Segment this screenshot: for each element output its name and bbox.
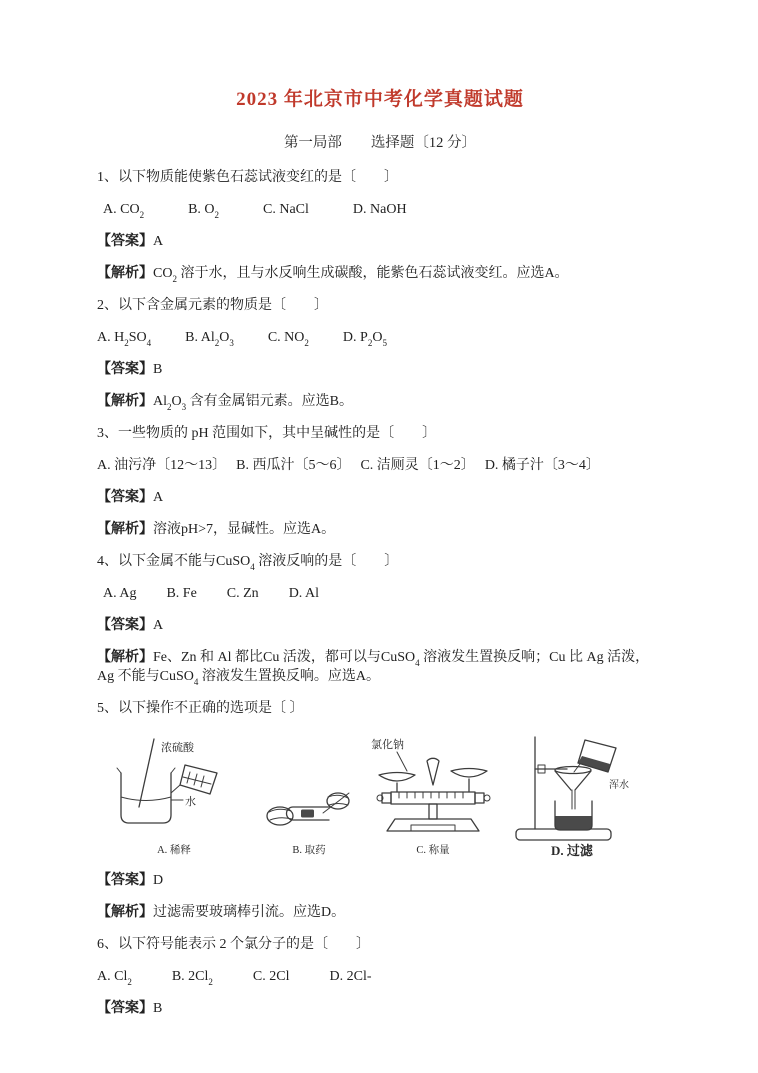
question-stem: 1、以下物质能使紫色石蕊试液变红的是〔 〕 xyxy=(97,168,663,187)
answer-line: 【答案】A xyxy=(97,232,663,251)
option-d: D. 橘子汁〔3～4〕 xyxy=(485,456,600,475)
collecting-beaker-icon xyxy=(555,801,592,830)
option-c: C. 洁厕灵〔1～2〕 xyxy=(360,456,474,475)
right-hand-icon xyxy=(323,793,349,813)
analysis-tag: 【解析】 xyxy=(97,394,153,409)
figure-caption-b: B. 取药 xyxy=(292,844,325,857)
page-title: 2023 年北京市中考化学真题试题 xyxy=(97,84,663,111)
option-b: B. Al2O3 xyxy=(185,328,234,347)
option-d: D. 2Cl- xyxy=(330,967,372,986)
question-2: 2、以下含金属元素的物质是〔 〕 A. H2SO4 B. Al2O3 C. NO… xyxy=(97,296,663,411)
funnel-icon xyxy=(555,767,591,810)
answer-tag: 【答案】 xyxy=(97,362,153,377)
answer-value: D xyxy=(153,873,163,888)
answer-line: 【答案】A xyxy=(97,616,663,635)
option-a: A. Cl2 xyxy=(97,967,132,986)
option-b: B. 西瓜汁〔5～6〕 xyxy=(236,456,350,475)
option-b: B. Fe xyxy=(166,584,196,603)
figure-caption-d: D. 过滤 xyxy=(551,844,593,857)
analysis-text: 溶液pH>7，显碱性。应选A。 xyxy=(153,522,335,537)
question-stem: 6、以下符号能表示 2 个氯分子的是〔 〕 xyxy=(97,935,663,954)
option-a: A. Ag xyxy=(103,584,136,603)
answer-value: A xyxy=(153,618,163,633)
option-b: B. O2 xyxy=(188,200,219,219)
analysis-text: Al2O3 含有金属铝元素。应选B。 xyxy=(153,394,353,409)
analysis-line: 【解析】CO2 溶于水，且与水反响生成碳酸，能紫色石蕊试液变红。应选A。 xyxy=(97,264,663,283)
question-options: A. Ag B. Fe C. Zn D. Al xyxy=(97,584,663,603)
analysis-line: 【解析】过滤需要玻璃棒引流。应选D。 xyxy=(97,903,663,922)
pouring-bottle-icon xyxy=(171,765,217,794)
question-4: 4、以下金属不能与CuSO4 溶液反响的是〔 〕 A. Ag B. Fe C. … xyxy=(97,552,663,686)
figure-panel-taking-reagent: B. 取药 xyxy=(263,735,355,857)
question-1: 1、以下物质能使紫色石蕊试液变红的是〔 〕 A. CO2 B. O2 C. Na… xyxy=(97,168,663,283)
option-c: C. Zn xyxy=(227,584,259,603)
water-label: 水 xyxy=(185,794,196,808)
question-6: 6、以下符号能表示 2 个氯分子的是〔 〕 A. Cl2 B. 2Cl2 C. … xyxy=(97,935,663,1018)
left-hand-icon xyxy=(267,807,293,825)
answer-tag: 【答案】 xyxy=(97,618,153,633)
option-d: D. NaOH xyxy=(353,200,407,219)
filtration-figure: 浑水 xyxy=(511,731,633,843)
question-stem: 4、以下金属不能与CuSO4 溶液反响的是〔 〕 xyxy=(97,552,663,571)
question-3: 3、一些物质的 pH 范围如下，其中呈碱性的是〔 〕 A. 油污净〔12～13〕… xyxy=(97,424,663,539)
analysis-tag: 【解析】 xyxy=(97,522,153,537)
weighing-figure: 氯化钠 xyxy=(369,735,497,843)
dilution-figure: 浓硫酸 水 xyxy=(99,735,249,843)
answer-tag: 【答案】 xyxy=(97,490,153,505)
answer-value: B xyxy=(153,1001,162,1016)
option-a: A. 油污净〔12～13〕 xyxy=(97,456,226,475)
answer-tag: 【答案】 xyxy=(97,1001,153,1016)
question-options: A. 油污净〔12～13〕 B. 西瓜汁〔5～6〕 C. 洁厕灵〔1～2〕 D.… xyxy=(97,456,663,475)
lab-operations-figure: 浓硫酸 水 xyxy=(97,731,663,857)
analysis-text: CO2 溶于水，且与水反响生成碳酸，能紫色石蕊试液变红。应选A。 xyxy=(153,266,569,281)
answer-value: A xyxy=(153,490,163,505)
analysis-tag: 【解析】 xyxy=(97,266,153,281)
analysis-text: 过滤需要玻璃棒引流。应选D。 xyxy=(153,905,345,920)
answer-value: B xyxy=(153,362,162,377)
analysis-line: 【解析】溶液pH>7，显碱性。应选A。 xyxy=(97,520,663,539)
analysis-text: Fe、Zn 和 Al 都比Cu 活泼，都可以与CuSO4 溶液发生置换反响；Cu… xyxy=(97,650,649,684)
answer-line: 【答案】B xyxy=(97,360,663,379)
balance-icon xyxy=(377,758,490,831)
option-a: A. CO2 xyxy=(103,200,144,219)
analysis-tag: 【解析】 xyxy=(97,650,153,665)
answer-value: A xyxy=(153,234,163,249)
analysis-line: 【解析】Al2O3 含有金属铝元素。应选B。 xyxy=(97,392,663,411)
analysis-tag: 【解析】 xyxy=(97,905,153,920)
question-5: 5、以下操作不正确的选项是〔 〕 浓硫酸 xyxy=(97,699,663,922)
answer-tag: 【答案】 xyxy=(97,873,153,888)
substance-label: 氯化钠 xyxy=(371,737,404,751)
muddy-water-label: 浑水 xyxy=(609,778,629,791)
question-stem: 2、以下含金属元素的物质是〔 〕 xyxy=(97,296,663,315)
option-b: B. 2Cl2 xyxy=(172,967,213,986)
question-options: A. Cl2 B. 2Cl2 C. 2Cl D. 2Cl- xyxy=(97,967,663,986)
analysis-line: 【解析】Fe、Zn 和 Al 都比Cu 活泼，都可以与CuSO4 溶液发生置换反… xyxy=(97,648,663,686)
answer-line: 【答案】B xyxy=(97,999,663,1018)
question-options: A. H2SO4 B. Al2O3 C. NO2 D. P2O5 xyxy=(97,328,663,347)
figure-caption-c: C. 称量 xyxy=(416,844,449,857)
option-a: A. H2SO4 xyxy=(97,328,151,347)
glass-rod-icon xyxy=(139,739,154,807)
document-page: 2023 年北京市中考化学真题试题 第一局部 选择题〔12 分〕 1、以下物质能… xyxy=(0,0,758,1073)
figure-panel-weighing: 氯化钠 xyxy=(369,735,497,857)
substance-pointer-line xyxy=(397,752,407,771)
figure-panel-filtration: 浑水 D. 过滤 xyxy=(511,731,633,857)
answer-line: 【答案】D xyxy=(97,871,663,890)
figure-panel-dilution: 浓硫酸 水 xyxy=(99,735,249,857)
option-d: D. P2O5 xyxy=(343,328,387,347)
question-options: A. CO2 B. O2 C. NaCl D. NaOH xyxy=(97,200,663,219)
question-stem: 5、以下操作不正确的选项是〔 〕 xyxy=(97,699,663,718)
option-c: C. NaCl xyxy=(263,200,309,219)
answer-tag: 【答案】 xyxy=(97,234,153,249)
reagent-taking-figure xyxy=(263,735,355,843)
reagent-label: 浓硫酸 xyxy=(161,740,195,754)
option-c: C. NO2 xyxy=(268,328,309,347)
answer-line: 【答案】A xyxy=(97,488,663,507)
section-heading: 第一局部 选择题〔12 分〕 xyxy=(97,131,663,152)
figure-caption-a: A. 稀释 xyxy=(157,844,191,857)
question-stem: 3、一些物质的 pH 范围如下，其中呈碱性的是〔 〕 xyxy=(97,424,663,443)
option-d: D. Al xyxy=(289,584,319,603)
option-c: C. 2Cl xyxy=(253,967,290,986)
